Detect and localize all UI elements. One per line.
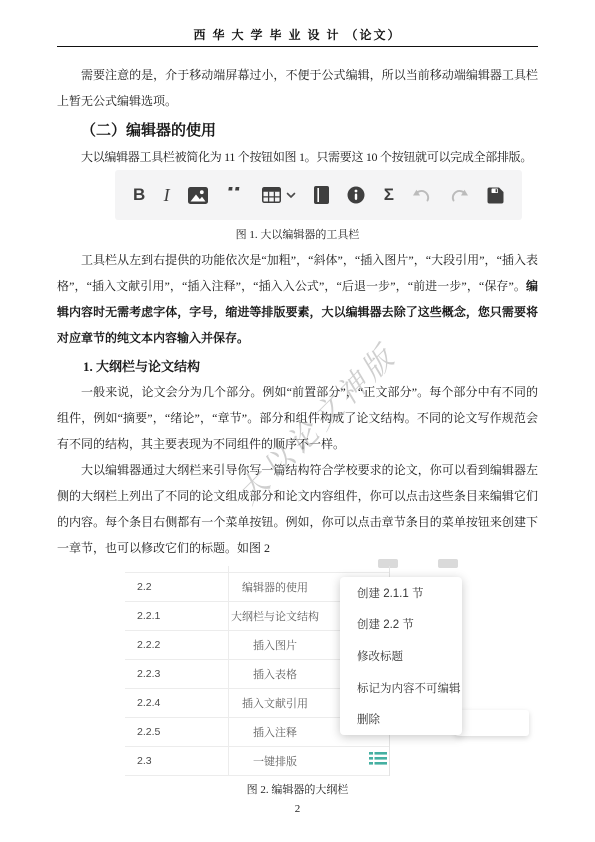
outline-title: 插入注释: [229, 724, 321, 740]
bold-icon: B: [133, 185, 145, 205]
outline-title: 编辑器的使用: [229, 579, 321, 595]
page-body: 需要注意的是，介于移动端屏幕过小，不便于公式编辑，所以当前移动端编辑器工具栏上暂…: [57, 62, 538, 817]
menu-item-rename: 修改标题: [340, 640, 462, 672]
format-list-icon: [369, 752, 387, 770]
outline-number: 2.2.2: [125, 631, 229, 659]
outline-number: 2.3: [125, 747, 229, 775]
outline-row-partial: [125, 566, 389, 573]
outline-title: 插入文献引用: [229, 695, 321, 711]
background-fragment: [438, 559, 458, 568]
insert-table-group: [262, 187, 296, 203]
outline-title: 插入表格: [229, 666, 321, 682]
paragraph-functions-normal: 工具栏从左到右提供的功能依次是“加粗”，“斜体”，“插入图片”，“大段引用”，“…: [57, 253, 538, 293]
menu-item-mark-readonly: 标记为内容不可编辑: [340, 672, 462, 704]
insert-formula-icon: Σ: [384, 185, 394, 205]
figure2-outline-panel: 2.2 编辑器的使用 2.2.1 大纲栏与论文结构 2.2.2 插入图片 2.2…: [57, 564, 538, 777]
outline-number: 2.2.1: [125, 602, 229, 630]
paragraph-outline-guide: 大以编辑器通过大纲栏来引导你写一篇结构符合学校要求的论文，你可以看到编辑器左侧的…: [57, 457, 538, 561]
insert-image-icon: [188, 187, 208, 204]
insert-citation-icon: [314, 186, 329, 204]
italic-icon: I: [164, 185, 170, 206]
chevron-down-icon: [286, 192, 296, 199]
outline-title: 插入图片: [229, 637, 321, 653]
blockquote-icon: “: [226, 187, 243, 203]
figure2-caption: 图 2. 编辑器的大纲栏: [57, 782, 538, 799]
menu-item-delete: 删除: [340, 703, 462, 735]
page-number: 2: [57, 801, 538, 817]
context-menu: 创建 2.1.1 节 创建 2.2 节 修改标题 标记为内容不可编辑 删除: [340, 577, 462, 735]
paragraph-toolbar-functions: 工具栏从左到右提供的功能依次是“加粗”，“斜体”，“插入图片”，“大段引用”，“…: [57, 247, 538, 351]
menu-item-create-subsection: 创建 2.1.1 节: [340, 577, 462, 609]
save-icon: [487, 187, 504, 204]
figure1-caption: 图 1. 大以编辑器的工具栏: [57, 226, 538, 244]
figure1-editor-toolbar: B I “ Σ: [115, 170, 522, 220]
outline-number: 2.2.3: [125, 660, 229, 688]
paragraph-mobile-note: 需要注意的是，介于移动端屏幕过小，不便于公式编辑，所以当前移动端编辑器工具栏上暂…: [57, 62, 538, 114]
redo-icon: [450, 188, 469, 203]
paragraph-thesis-structure: 一般来说，论文会分为几个部分。例如“前置部分”，“正文部分”。每个部分中有不同的…: [57, 379, 538, 457]
header-rule: [57, 46, 538, 47]
outline-number: 2.2: [125, 573, 229, 601]
outline-number: 2.2.5: [125, 718, 229, 746]
outline-row: 2.3 一键排版: [125, 747, 389, 776]
card-fragment: [455, 710, 529, 736]
document-page: 西 华 大 学 毕 业 设 计 （论文） 大以论文神版 需要注意的是，介于移动端…: [0, 0, 595, 842]
insert-footnote-icon: [347, 186, 365, 204]
outline-title: 大纲栏与论文结构: [229, 608, 321, 624]
insert-table-icon: [262, 187, 281, 203]
page-header-title: 西 华 大 学 毕 业 设 计 （论文）: [0, 26, 595, 43]
subsection-heading-outline: 1. 大纲栏与论文结构: [83, 354, 538, 379]
outline-number: 2.2.4: [125, 689, 229, 717]
menu-item-create-section: 创建 2.2 节: [340, 609, 462, 641]
section-heading-editor-usage: （二）编辑器的使用: [81, 118, 538, 144]
outline-title: 一键排版: [229, 753, 321, 769]
undo-icon: [412, 188, 431, 203]
paragraph-toolbar-intro: 大以编辑器工具栏被简化为 11 个按钮如图 1。只需要这 10 个按钮就可以完成…: [57, 144, 538, 170]
